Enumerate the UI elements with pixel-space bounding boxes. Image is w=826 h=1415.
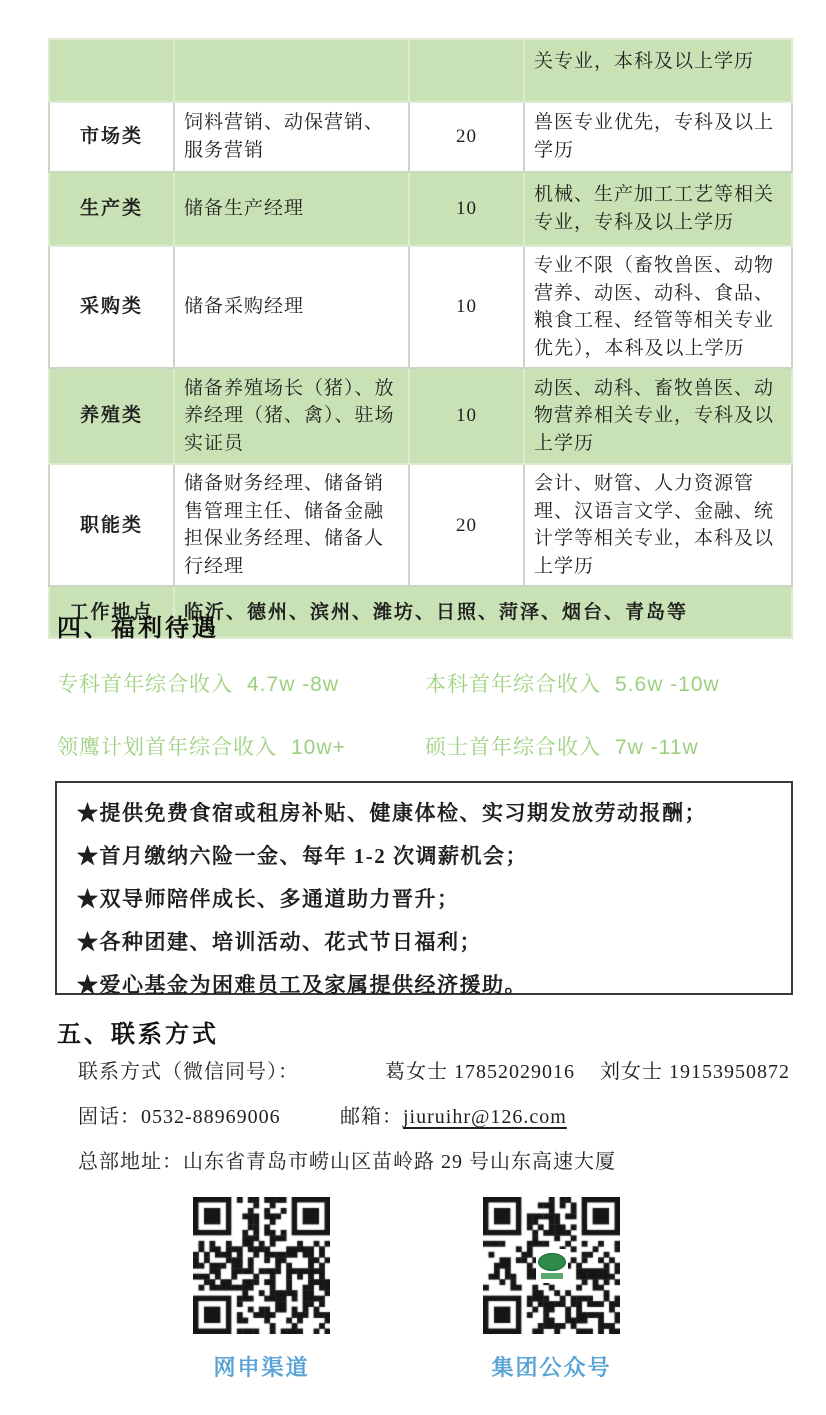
cell-count: 10 (409, 246, 524, 368)
job-table: 关专业，本科及以上学历市场类饲料营销、动保营销、服务营销20兽医专业优先，专科及… (48, 38, 793, 639)
cell-positions: 储备采购经理 (174, 246, 409, 368)
perk-item: ★爱心基金为困难员工及家属提供经济援助。 (77, 972, 771, 998)
cell-requirements: 专业不限（畜牧兽医、动物营养、动医、动科、食品、粮食工程、经管等相关专业优先），… (524, 246, 792, 368)
cell-count: 10 (409, 368, 524, 464)
contact-person-liu: 刘女士 19153950872 (600, 1058, 790, 1086)
cell-category: 职能类 (49, 464, 174, 586)
table-row: 职能类储备财务经理、储备销售管理主任、储备金融担保业务经理、储备人行经理20会计… (49, 464, 792, 586)
cell-count (409, 39, 524, 102)
salary-item: 领鹰计划首年综合收入10w+ (57, 731, 425, 761)
table-row: 养殖类储备养殖场长（猪）、放养经理（猪、禽）、驻场实证员10动医、动科、畜牧兽医… (49, 368, 792, 464)
contact-label: 联系方式（微信同号）： (78, 1058, 385, 1086)
landline-number: 固话：0532-88969006 (78, 1103, 340, 1131)
perk-item: ★各种团建、培训活动、花式节日福利； (77, 929, 771, 955)
qr-row: 网申渠道 集团公众号 (48, 1197, 791, 1382)
contact-line-phone-email: 固话：0532-88969006 邮箱：jiuruihr@126.com (78, 1103, 798, 1131)
contact-heading: 五、联系方式 (57, 1014, 219, 1049)
cell-category: 采购类 (49, 246, 174, 368)
cell-positions: 储备养殖场长（猪）、放养经理（猪、禽）、驻场实证员 (174, 368, 409, 464)
table-row: 生产类储备生产经理10机械、生产加工工艺等相关专业，专科及以上学历 (49, 172, 792, 246)
hq-address: 总部地址：山东省青岛市崂山区苗岭路 29 号山东高速大厦 (78, 1148, 616, 1176)
qr-item-web-apply: 网申渠道 (193, 1197, 330, 1382)
cell-positions: 饲料营销、动保营销、服务营销 (174, 102, 409, 172)
benefits-heading: 四、福利待遇 (57, 608, 219, 643)
perk-item: ★首月缴纳六险一金、每年 1-2 次调薪机会； (77, 843, 771, 869)
email-row: 邮箱：jiuruihr@126.com (340, 1103, 567, 1131)
salary-grid: 专科首年综合收入4.7w -8w本科首年综合收入5.6w -10w领鹰计划首年综… (57, 668, 797, 761)
cell-count: 20 (409, 102, 524, 172)
table-row: 市场类饲料营销、动保营销、服务营销20兽医专业优先，专科及以上学历 (49, 102, 792, 172)
cell-positions: 储备财务经理、储备销售管理主任、储备金融担保业务经理、储备人行经理 (174, 464, 409, 586)
qr-item-official-account: 集团公众号 (483, 1197, 620, 1382)
salary-item: 专科首年综合收入4.7w -8w (57, 668, 425, 698)
table-row: 采购类储备采购经理10专业不限（畜牧兽医、动物营养、动医、动科、食品、粮食工程、… (49, 246, 792, 368)
cell-category: 市场类 (49, 102, 174, 172)
job-table-body: 关专业，本科及以上学历市场类饲料营销、动保营销、服务营销20兽医专业优先，专科及… (49, 39, 792, 638)
table-row-partial: 关专业，本科及以上学历 (49, 39, 792, 102)
cell-category: 生产类 (49, 172, 174, 246)
cell-requirements: 兽医专业优先，专科及以上学历 (524, 102, 792, 172)
cell-count: 10 (409, 172, 524, 246)
salary-item: 硕士首年综合收入7w -11w (425, 731, 797, 761)
qr-label-web-apply: 网申渠道 (213, 1351, 309, 1382)
cell-category: 养殖类 (49, 368, 174, 464)
cell-positions: 储备生产经理 (174, 172, 409, 246)
cell-positions (174, 39, 409, 102)
contact-person-ge: 葛女士 17852029016 (385, 1058, 600, 1086)
perk-item: ★提供免费食宿或租房补贴、健康体检、实习期发放劳动报酬； (77, 800, 771, 826)
salary-item: 本科首年综合收入5.6w -10w (425, 668, 797, 698)
contact-line-address: 总部地址：山东省青岛市崂山区苗岭路 29 号山东高速大厦 (78, 1148, 798, 1176)
email-link[interactable]: jiuruihr@126.com (403, 1106, 567, 1128)
cell-requirements: 会计、财管、人力资源管理、汉语言文学、金融、统计学等相关专业，本科及以上学历 (524, 464, 792, 586)
cell-requirements: 关专业，本科及以上学历 (524, 39, 792, 102)
email-label: 邮箱： (340, 1106, 403, 1128)
recruitment-page: 关专业，本科及以上学历市场类饲料营销、动保营销、服务营销20兽医专业优先，专科及… (0, 0, 826, 1415)
qr-label-official-account: 集团公众号 (491, 1351, 611, 1382)
contact-block: 联系方式（微信同号）： 葛女士 17852029016 刘女士 19153950… (78, 1058, 798, 1193)
perks-box: ★提供免费食宿或租房补贴、健康体检、实习期发放劳动报酬；★首月缴纳六险一金、每年… (55, 781, 793, 995)
cell-count: 20 (409, 464, 524, 586)
cell-requirements: 动医、动科、畜牧兽医、动物营养相关专业，专科及以上学历 (524, 368, 792, 464)
cell-locations: 临沂、德州、滨州、潍坊、日照、菏泽、烟台、青岛等 (174, 586, 792, 638)
cell-category (49, 39, 174, 102)
contact-line-wechat: 联系方式（微信同号）： 葛女士 17852029016 刘女士 19153950… (78, 1058, 798, 1086)
perk-list: ★提供免费食宿或租房补贴、健康体检、实习期发放劳动报酬；★首月缴纳六险一金、每年… (77, 800, 771, 998)
qr-code-web-apply-icon[interactable] (193, 1197, 330, 1334)
group-logo-icon (536, 1249, 568, 1283)
perk-item: ★双导师陪伴成长、多通道助力晋升； (77, 886, 771, 912)
cell-requirements: 机械、生产加工工艺等相关专业，专科及以上学历 (524, 172, 792, 246)
